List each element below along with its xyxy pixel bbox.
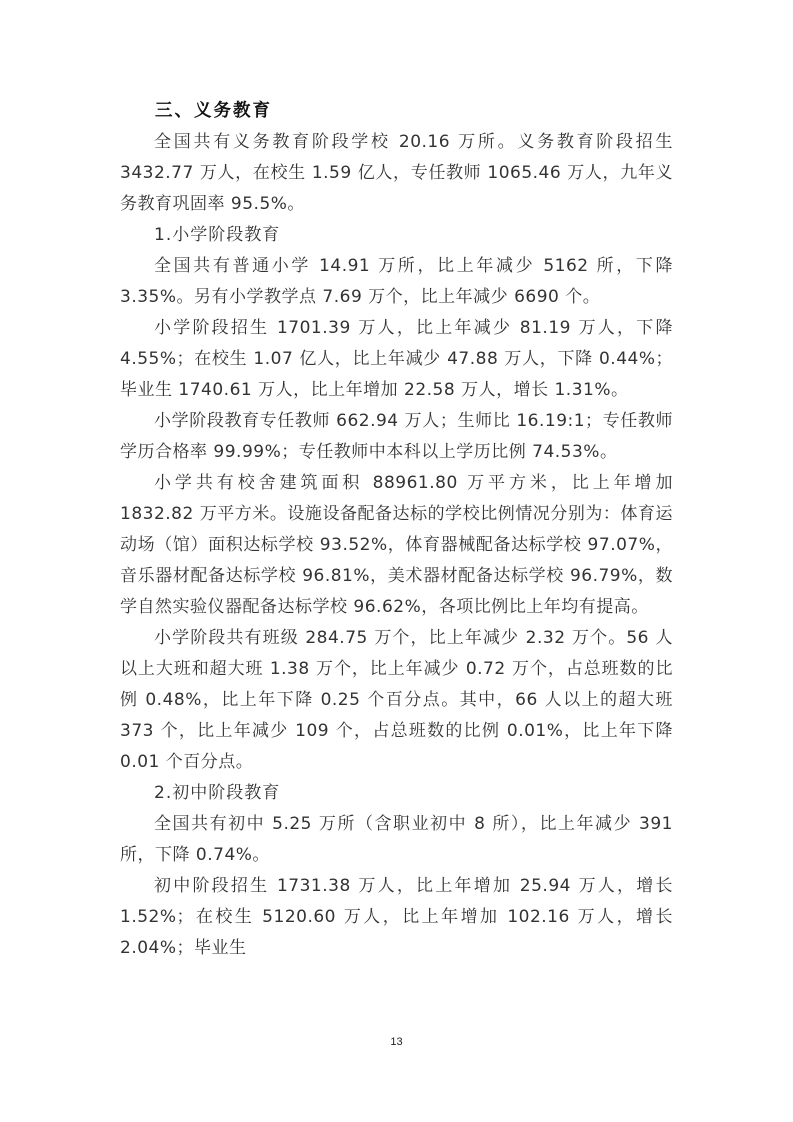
- primary-teachers-paragraph: 小学阶段教育专任教师 662.94 万人；生师比 16.19:1；专任教师学历合…: [120, 406, 673, 468]
- junior-enrollment-paragraph: 初中阶段招生 1731.38 万人，比上年增加 25.94 万人，增长 1.52…: [120, 871, 673, 964]
- document-body: 三、义务教育 全国共有义务教育阶段学校 20.16 万所。义务教育阶段招生 34…: [120, 96, 673, 964]
- junior-education-heading: 2.初中阶段教育: [120, 778, 673, 809]
- primary-education-heading: 1.小学阶段教育: [120, 220, 673, 251]
- page-number: 13: [0, 1036, 793, 1048]
- primary-facilities-paragraph: 小学共有校舍建筑面积 88961.80 万平方米，比上年增加 1832.82 万…: [120, 468, 673, 623]
- primary-schools-paragraph: 全国共有普通小学 14.91 万所，比上年减少 5162 所，下降 3.35%。…: [120, 251, 673, 313]
- section-heading: 三、义务教育: [120, 96, 673, 127]
- primary-classes-paragraph: 小学阶段共有班级 284.75 万个，比上年减少 2.32 万个。56 人以上大…: [120, 623, 673, 778]
- junior-schools-paragraph: 全国共有初中 5.25 万所（含职业初中 8 所），比上年减少 391 所，下降…: [120, 809, 673, 871]
- section-intro-paragraph: 全国共有义务教育阶段学校 20.16 万所。义务教育阶段招生 3432.77 万…: [120, 127, 673, 220]
- primary-enrollment-paragraph: 小学阶段招生 1701.39 万人，比上年减少 81.19 万人，下降 4.55…: [120, 313, 673, 406]
